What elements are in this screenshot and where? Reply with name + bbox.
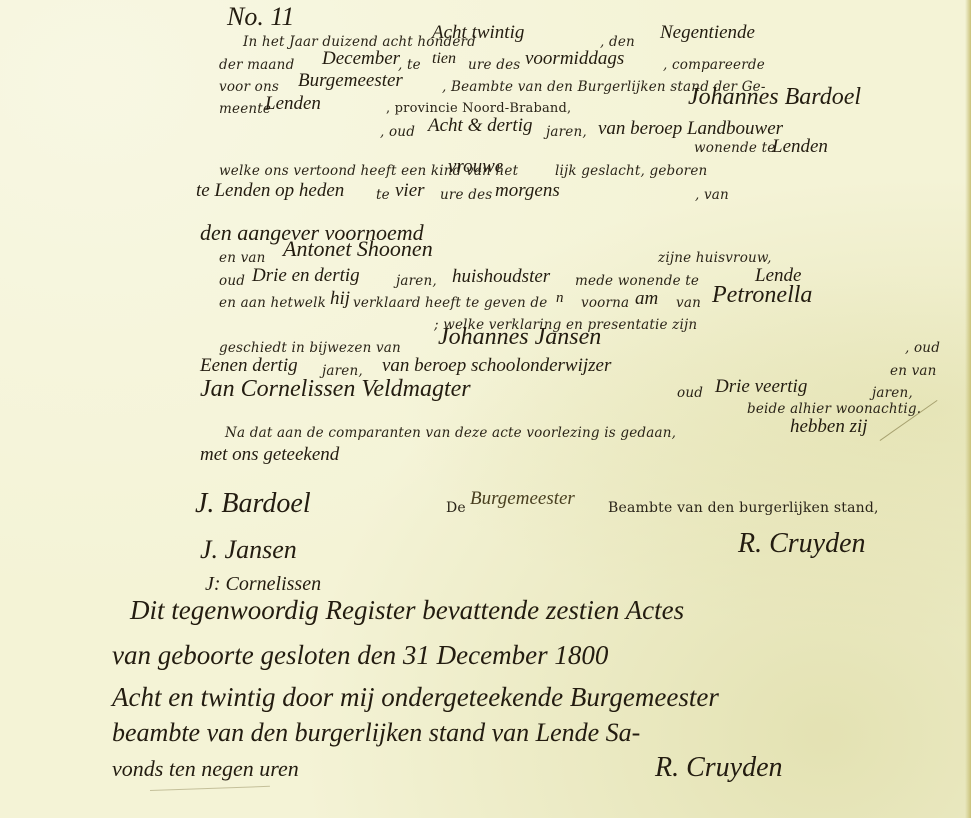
printed-line-17: Na dat aan de comparanten van deze acte … [225,425,676,441]
closing-signature: R. Cruyden [655,752,783,784]
printed-line-18a: De [446,500,466,516]
printed-line-10b: jaren, [396,273,437,289]
printed-line-15a: oud [677,385,703,401]
printed-line-7b: lijk geslacht, geboren [555,163,707,179]
closing-line-4: beambte van den burgerlijken stand van L… [112,718,640,748]
hw-declarant-pronoun: hij [330,288,350,310]
hw-witness1-age: Eenen dertig [200,355,298,377]
printed-line-2d: , compareerde [663,57,765,73]
printed-line-4a: meente [219,101,271,117]
hw-child-name: Petronella [712,282,812,309]
closing-line-3: Acht en twintig door mij ondergeteekende… [112,682,719,713]
hw-witness1-occupation: van beroep schoolonderwijzer [382,355,611,377]
printed-line-14b: en van [890,363,937,379]
printed-line-6: wonende te [694,140,775,156]
printed-line-5b: jaren, [546,124,587,140]
closing-line-1: Dit tegenwoordig Register bevattende zes… [130,595,684,626]
paper-edge [965,0,971,818]
hw-month: December [322,48,400,70]
hw-municipality: Lenden [265,93,321,115]
printed-line-13a: geschiedt in bijwezen van [219,340,401,356]
hw-hour: tien [432,50,456,68]
hw-declarant-occupation: van beroep Landbouwer [598,118,783,140]
hw-birth-time-of-day: morgens [495,180,560,202]
hw-birthplace: te Lenden op heden [196,180,344,202]
printed-line-10a: oud [219,273,245,289]
printed-line-2c: ure des [468,57,520,73]
signature-registrar: R. Cruyden [738,528,866,560]
hw-birth-hour: vier [395,180,425,202]
printed-line-9b: zijne huisvrouw, [658,250,772,266]
hw-mother: Antonet Shoonen [283,236,433,262]
printed-line-8b: ure des [440,187,492,203]
ink-stroke [150,786,270,792]
printed-line-11d: van [676,295,701,311]
hw-witness1: Johannes Jansen [438,324,601,351]
closing-line-5: vonds ten negen uren [112,756,299,782]
printed-line-13b: , oud [905,340,940,356]
hw-day: Negentiende [660,22,755,44]
signature-witness1: J. Jansen [200,535,297,565]
hw-residence: Lenden [772,136,828,158]
printed-line-5a: , oud [380,124,415,140]
printed-line-11c: voorna [581,295,629,311]
hw-witness2-age: Drie veertig [715,376,807,398]
closing-line-2: van geboorte gesloten den 31 December 18… [112,640,608,671]
hw-mother-age: Drie en dertig [252,265,360,287]
hw-witness2: Jan Cornelissen Veldmagter [200,376,471,403]
hw-burgemeester-inline: Burgemeester [470,488,575,510]
printed-line-8c: , van [695,187,729,203]
hw-time-of-day: voormiddags [525,48,624,70]
hw-sex: vrouwe [448,156,503,178]
hw-mother-occupation: huishoudster [452,266,550,288]
printed-line-18b: Beambte van den burgerlijken stand, [608,500,879,516]
printed-line-11b: verklaard heeft te geven de [353,295,547,311]
record-number: No. 11 [227,2,294,32]
printed-line-16: beide alhier woonachtig. [747,401,921,417]
hw-name-am: am [635,288,658,310]
printed-line-4b: , provincie Noord-Braband, [386,101,571,116]
printed-line-11a: en aan hetwelk [219,295,326,311]
hw-declarant-age: Acht & dertig [428,115,532,137]
signature-declarant: J. Bardoel [195,488,311,520]
hw-name-suffix: n [556,290,564,307]
hw-declarant: Johannes Bardoel [688,84,861,111]
printed-line-10c: mede wonende te [575,273,699,289]
printed-line-8a: te [376,187,390,203]
signature-witness2: J: Cornelissen [205,573,321,596]
printed-line-9a: en van [219,250,266,266]
hw-year: Acht twintig [432,22,524,44]
printed-line-15b: jaren, [872,385,913,401]
hw-official-title: Burgemeester [298,70,403,92]
printed-line-2a: der maand [219,57,294,73]
hw-signed-phrase-2: met ons geteekend [200,444,339,466]
hw-signed-phrase: hebben zij [790,416,868,438]
